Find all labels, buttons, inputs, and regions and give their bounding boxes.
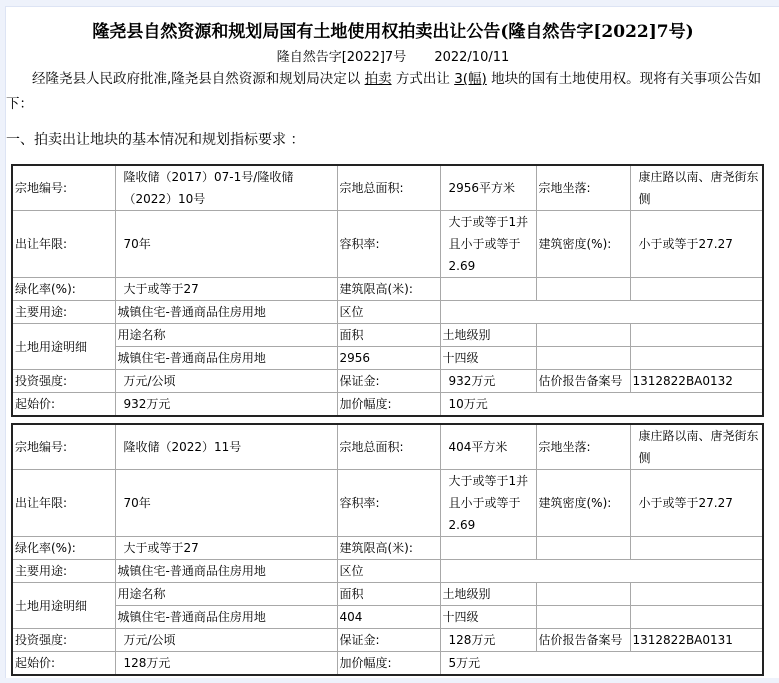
label-far: 容积率: bbox=[337, 211, 440, 278]
label-deposit: 保证金: bbox=[337, 629, 440, 652]
label-green: 绿化率(%): bbox=[12, 278, 115, 301]
empty-cell bbox=[536, 347, 630, 370]
label-term: 出让年限: bbox=[12, 211, 115, 278]
label-parcel-no: 宗地编号: bbox=[12, 165, 115, 211]
value-parcel-no: 隆收储（2022）11号 bbox=[115, 424, 337, 470]
value-investment: 万元/公顷 bbox=[115, 370, 337, 393]
value-height-limit bbox=[440, 537, 536, 560]
section-heading: 一、拍卖出让地块的基本情况和规划指标要求 ： bbox=[6, 129, 304, 149]
label-start-price: 起始价: bbox=[12, 652, 115, 676]
empty-cell bbox=[630, 278, 763, 301]
label-density: 建筑密度(%): bbox=[536, 470, 630, 537]
header-land-grade: 土地级别 bbox=[440, 583, 536, 606]
table-row: 起始价: 932万元 加价幅度: 10万元 bbox=[12, 393, 763, 417]
table-row: 宗地编号: 隆收储（2017）07-1号/隆收储（2022）10号 宗地总面积:… bbox=[12, 165, 763, 211]
value-deposit: 128万元 bbox=[440, 629, 536, 652]
empty-cell bbox=[630, 606, 763, 629]
table-row: 城镇住宅-普通商品住房用地 2956 十四级 bbox=[12, 347, 763, 370]
label-appraisal-no: 估价报告备案号 bbox=[536, 629, 630, 652]
value-far: 大于或等于1并且小于或等于2.69 bbox=[440, 470, 536, 537]
label-investment: 投资强度: bbox=[12, 370, 115, 393]
header-area: 面积 bbox=[337, 324, 440, 347]
header-use-name: 用途名称 bbox=[115, 324, 337, 347]
value-zone bbox=[440, 301, 763, 324]
value-area: 2956 bbox=[337, 347, 440, 370]
label-zone: 区位 bbox=[337, 560, 440, 583]
value-location: 康庄路以南、唐尧街东侧 bbox=[630, 165, 763, 211]
table-row: 绿化率(%): 大于或等于27 建筑限高(米): bbox=[12, 537, 763, 560]
label-total-area: 宗地总面积: bbox=[337, 424, 440, 470]
label-investment: 投资强度: bbox=[12, 629, 115, 652]
empty-cell bbox=[536, 606, 630, 629]
label-location: 宗地坐落: bbox=[536, 165, 630, 211]
table-row: 主要用途: 城镇住宅-普通商品住房用地 区位 bbox=[12, 301, 763, 324]
label-appraisal-no: 估价报告备案号 bbox=[536, 370, 630, 393]
label-main-use: 主要用途: bbox=[12, 301, 115, 324]
label-deposit: 保证金: bbox=[337, 370, 440, 393]
value-increment: 5万元 bbox=[440, 652, 763, 676]
table-row: 出让年限: 70年 容积率: 大于或等于1并且小于或等于2.69 建筑密度(%)… bbox=[12, 211, 763, 278]
value-use-name: 城镇住宅-普通商品住房用地 bbox=[115, 606, 337, 629]
value-area: 404 bbox=[337, 606, 440, 629]
label-use-detail: 土地用途明细 bbox=[12, 583, 115, 629]
empty-cell bbox=[630, 583, 763, 606]
parcel-table-2: 宗地编号: 隆收储（2022）11号 宗地总面积: 404平方米 宗地坐落: 康… bbox=[11, 423, 764, 676]
table-row: 投资强度: 万元/公顷 保证金: 128万元 估价报告备案号 1312822BA… bbox=[12, 629, 763, 652]
empty-cell bbox=[536, 537, 630, 560]
table-row: 起始价: 128万元 加价幅度: 5万元 bbox=[12, 652, 763, 676]
table-row: 主要用途: 城镇住宅-普通商品住房用地 区位 bbox=[12, 560, 763, 583]
subtitle: 隆自然告字[2022]7号 2022/10/11 bbox=[6, 46, 779, 65]
value-investment: 万元/公顷 bbox=[115, 629, 337, 652]
label-far: 容积率: bbox=[337, 470, 440, 537]
empty-cell bbox=[536, 278, 630, 301]
value-term: 70年 bbox=[115, 470, 337, 537]
label-use-detail: 土地用途明细 bbox=[12, 324, 115, 370]
value-green: 大于或等于27 bbox=[115, 278, 337, 301]
label-increment: 加价幅度: bbox=[337, 393, 440, 417]
page-title: 隆尧县自然资源和规划局国有土地使用权拍卖出让公告(隆自然告字[2022]7号) bbox=[6, 17, 779, 42]
label-location: 宗地坐落: bbox=[536, 424, 630, 470]
table-row: 土地用途明细 用途名称 面积 土地级别 bbox=[12, 324, 763, 347]
value-term: 70年 bbox=[115, 211, 337, 278]
label-increment: 加价幅度: bbox=[337, 652, 440, 676]
doc-number: 隆自然告字[2022]7号 bbox=[277, 50, 407, 65]
intro-text-1: 经隆尧县人民政府批准,隆尧县自然资源和规划局决定以 bbox=[32, 71, 365, 87]
value-appraisal-no: 1312822BA0132 bbox=[630, 370, 763, 393]
value-height-limit bbox=[440, 278, 536, 301]
intro-text-2: 方式出让 bbox=[392, 71, 455, 87]
value-far: 大于或等于1并且小于或等于2.69 bbox=[440, 211, 536, 278]
label-density: 建筑密度(%): bbox=[536, 211, 630, 278]
value-main-use: 城镇住宅-普通商品住房用地 bbox=[115, 560, 337, 583]
label-total-area: 宗地总面积: bbox=[337, 165, 440, 211]
parcel-table-1: 宗地编号: 隆收储（2017）07-1号/隆收储（2022）10号 宗地总面积:… bbox=[11, 164, 764, 417]
empty-cell bbox=[536, 324, 630, 347]
parcel-count: 3(幅) bbox=[454, 71, 487, 87]
value-green: 大于或等于27 bbox=[115, 537, 337, 560]
value-main-use: 城镇住宅-普通商品住房用地 bbox=[115, 301, 337, 324]
value-parcel-no: 隆收储（2017）07-1号/隆收储（2022）10号 bbox=[115, 165, 337, 211]
empty-cell bbox=[630, 324, 763, 347]
value-land-grade: 十四级 bbox=[440, 606, 536, 629]
value-density: 小于或等于27.27 bbox=[630, 211, 763, 278]
table-row: 绿化率(%): 大于或等于27 建筑限高(米): bbox=[12, 278, 763, 301]
value-use-name: 城镇住宅-普通商品住房用地 bbox=[115, 347, 337, 370]
header-area: 面积 bbox=[337, 583, 440, 606]
value-start-price: 932万元 bbox=[115, 393, 337, 417]
value-deposit: 932万元 bbox=[440, 370, 536, 393]
announcement-page: 隆尧县自然资源和规划局国有土地使用权拍卖出让公告(隆自然告字[2022]7号) … bbox=[5, 6, 779, 678]
value-increment: 10万元 bbox=[440, 393, 763, 417]
label-main-use: 主要用途: bbox=[12, 560, 115, 583]
label-start-price: 起始价: bbox=[12, 393, 115, 417]
table-row: 投资强度: 万元/公顷 保证金: 932万元 估价报告备案号 1312822BA… bbox=[12, 370, 763, 393]
value-appraisal-no: 1312822BA0131 bbox=[630, 629, 763, 652]
value-zone bbox=[440, 560, 763, 583]
label-green: 绿化率(%): bbox=[12, 537, 115, 560]
intro-paragraph: 经隆尧县人民政府批准,隆尧县自然资源和规划局决定以 拍卖 方式出让 3(幅) 地… bbox=[6, 67, 768, 117]
publish-date: 2022/10/11 bbox=[434, 50, 509, 65]
value-start-price: 128万元 bbox=[115, 652, 337, 676]
value-land-grade: 十四级 bbox=[440, 347, 536, 370]
label-parcel-no: 宗地编号: bbox=[12, 424, 115, 470]
label-height-limit: 建筑限高(米): bbox=[337, 537, 440, 560]
table-row: 城镇住宅-普通商品住房用地 404 十四级 bbox=[12, 606, 763, 629]
value-location: 康庄路以南、唐尧街东侧 bbox=[630, 424, 763, 470]
method-text: 拍卖 bbox=[365, 71, 392, 87]
table-row: 宗地编号: 隆收储（2022）11号 宗地总面积: 404平方米 宗地坐落: 康… bbox=[12, 424, 763, 470]
label-zone: 区位 bbox=[337, 301, 440, 324]
value-density: 小于或等于27.27 bbox=[630, 470, 763, 537]
table-row: 土地用途明细 用途名称 面积 土地级别 bbox=[12, 583, 763, 606]
empty-cell bbox=[630, 347, 763, 370]
empty-cell bbox=[630, 537, 763, 560]
header-land-grade: 土地级别 bbox=[440, 324, 536, 347]
label-term: 出让年限: bbox=[12, 470, 115, 537]
table-row: 出让年限: 70年 容积率: 大于或等于1并且小于或等于2.69 建筑密度(%)… bbox=[12, 470, 763, 537]
empty-cell bbox=[536, 583, 630, 606]
value-total-area: 2956平方米 bbox=[440, 165, 536, 211]
header-use-name: 用途名称 bbox=[115, 583, 337, 606]
label-height-limit: 建筑限高(米): bbox=[337, 278, 440, 301]
value-total-area: 404平方米 bbox=[440, 424, 536, 470]
